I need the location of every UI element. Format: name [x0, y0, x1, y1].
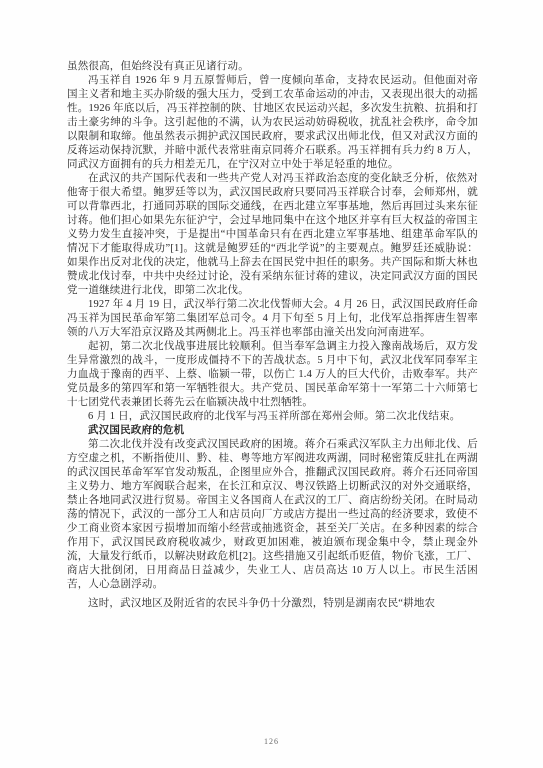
page-number: 126 — [0, 737, 543, 746]
text-column: 虽然很高，但始终没有真正见诸行动。冯玉祥自 1926 年 9 月五原誓师后，曾一… — [67, 60, 478, 611]
document-page: 虽然很高，但始终没有真正见诸行动。冯玉祥自 1926 年 9 月五原誓师后，曾一… — [0, 0, 543, 768]
paragraph: 起初，第二次北伐战事进展比较顺利。但当奉军急调主力投入豫南战场后，双方发生异常激… — [67, 340, 478, 410]
section-heading: 武汉国民政府的危机 — [67, 424, 478, 438]
paragraph: 第二次北伐并没有改变武汉国民政府的困境。蒋介石乘武汉军队主力出师北伐、后方空虚之… — [67, 438, 478, 592]
paragraph: 这时，武汉地区及附近省的农民斗争仍十分激烈，特别是湖南农民“耕地农 — [67, 597, 478, 611]
paragraph: 6 月 1 日，武汉国民政府的北伐军与冯玉祥所部在郑州会师。第二次北伐结束。 — [67, 410, 478, 424]
paragraph: 冯玉祥自 1926 年 9 月五原誓师后，曾一度倾向革命，支持农民运动。但他面对… — [67, 74, 478, 172]
paragraph: 虽然很高，但始终没有真正见诸行动。 — [67, 60, 478, 74]
paragraph: 在武汉的共产国际代表和一些共产党人对冯玉祥政治态度的变化缺乏分析，依然对他寄于很… — [67, 172, 478, 298]
paragraph: 1927 年 4 月 19 日，武汉举行第二次北伐誓师大会。4 月 26 日，武… — [67, 298, 478, 340]
